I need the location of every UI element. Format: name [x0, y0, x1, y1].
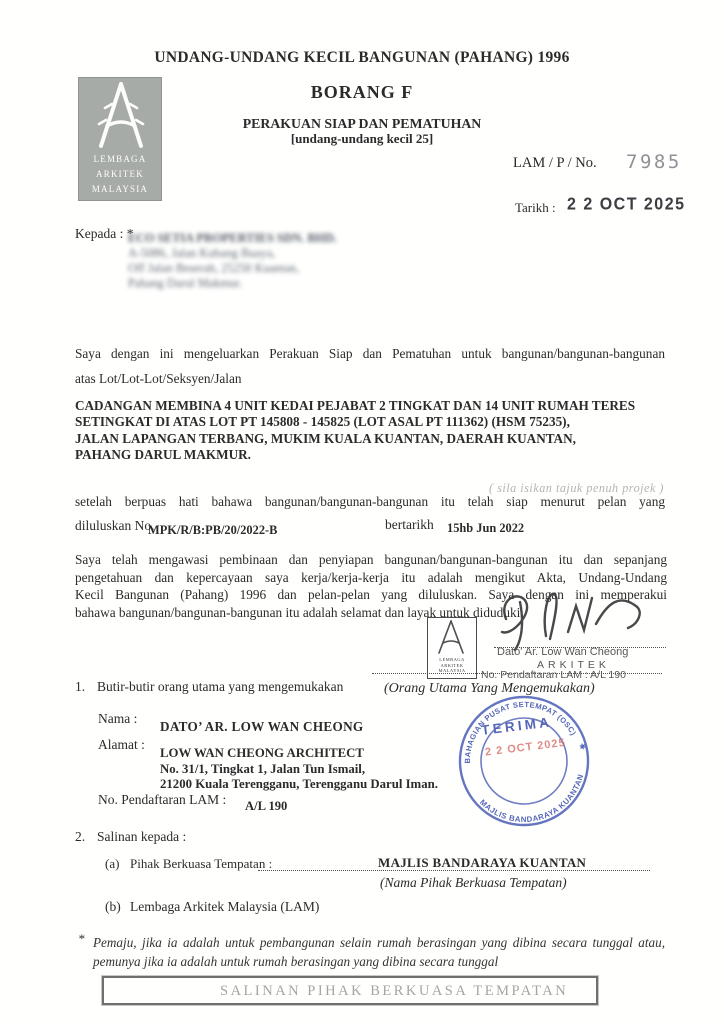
footnote-marker: * [78, 931, 85, 947]
approved-plan-label: diluluskan No. [75, 518, 155, 534]
local-authority-name: MAJLIS BANDARAYA KUANTAN [378, 855, 586, 871]
footnote-line2: pemunya jika ia adalah untuk rumah beras… [93, 954, 498, 970]
lam-logo: LEMBAGA ARKITEK MALAYSIA [78, 77, 162, 201]
nama-label: Nama : [98, 711, 137, 727]
project-title-line: PAHANG DARUL MAKMUR. [75, 447, 635, 463]
addressee-line: A-5086, Jalan Kubang Buaya, [128, 246, 337, 261]
alamat-line: LOW WAN CHEONG ARCHITECT [160, 746, 438, 762]
stamp-date-text: 2 2 OCT 2025 [484, 737, 566, 759]
stamp-arc-bottom-text: MAJLIS BANDARAYA KUANTAN [477, 771, 594, 836]
registration-label: No. Pendaftaran LAM : [98, 792, 226, 808]
lam-logo-a-icon [79, 78, 163, 152]
addressee-line: Pahang Darul Makmur. [128, 276, 337, 291]
document-title: UNDANG-UNDANG KECIL BANGUNAN (PAHANG) 19… [0, 49, 724, 67]
addressee-line: Off Jalan Beserah, 25250 Kuantan, [128, 261, 337, 276]
lam-number-label: LAM / P / No. [513, 155, 597, 172]
alamat-line: 21200 Kuala Terengganu, Terengganu Darul… [160, 777, 438, 793]
received-round-stamp: BAHAGIAN PUSAT SETEMPAT (OSC) MAJLIS BAN… [435, 672, 613, 850]
registration-value: A/L 190 [245, 799, 287, 814]
item-a-number: (a) [105, 856, 119, 872]
alamat-value-block: LOW WAN CHEONG ARCHITECT No. 31/1, Tingk… [160, 746, 438, 793]
lam-logo-line1: LEMBAGA [79, 154, 161, 164]
alamat-label: Alamat : [98, 737, 145, 753]
item-b-number: (b) [105, 899, 121, 915]
lam-number-value: 7985 [626, 151, 682, 173]
lam-logo-line2: ARKITEK [79, 169, 161, 179]
dated-label: bertarikh [385, 517, 434, 533]
paragraph2-line: setelah berpuas hati bahawa bangunan/ban… [75, 494, 665, 510]
approved-plan-date: 15hb Jun 2022 [447, 521, 524, 536]
item-a-label: Pihak Berkuasa Tempatan : [130, 856, 272, 872]
addressee-line: ECO SETIA PROPERTIES SDN. BHD. [128, 231, 337, 246]
section1-heading: Butir-butir orang utama yang mengemukaka… [97, 679, 343, 695]
architect-name-stamp: Dato' Ar. Low Wan Cheong [497, 646, 628, 658]
copy-designation-box: SALINAN PIHAK BERKUASA TEMPATAN [102, 976, 598, 1005]
alamat-line: No. 31/1, Tingkat 1, Jalan Tun Ismail, [160, 762, 438, 778]
nama-value: DATO’ AR. LOW WAN CHEONG [160, 719, 363, 735]
kepada-label: Kepada : * [75, 226, 133, 242]
footnote-line1: Pemaju, jika ia adalah untuk pembangunan… [93, 935, 665, 951]
item-b-label: Lembaga Arkitek Malaysia (LAM) [130, 899, 319, 915]
approved-plan-number: MPK/R/B:PB/20/2022-B [148, 523, 277, 538]
borang-f-document: UNDANG-UNDANG KECIL BANGUNAN (PAHANG) 19… [0, 0, 724, 1024]
paragraph1-line1: Saya dengan ini mengeluarkan Perakuan Si… [75, 346, 665, 362]
paragraph3-line1: Saya telah mengawasi pembinaan dan penyi… [75, 551, 667, 569]
item-a-caption: (Nama Pihak Berkuasa Tempatan) [380, 875, 567, 891]
paragraph1-line2: atas Lot/Lot-Lot/Seksyen/Jalan [75, 371, 665, 387]
date-stamp-value: 2 2 OCT 2025 [567, 195, 686, 214]
date-label: Tarikh : [515, 200, 556, 216]
section2-heading: Salinan kepada : [97, 829, 186, 845]
project-title-line: JALAN LAPANGAN TERBANG, MUKIM KUALA KUAN… [75, 431, 635, 447]
section1-number: 1. [75, 679, 85, 695]
lam-logo-line3: MALAYSIA [79, 184, 161, 194]
copy-designation-label: SALINAN PIHAK BERKUASA TEMPATAN [220, 983, 568, 1000]
project-title-line: SETINGKAT DI ATAS LOT PT 145808 - 145825… [75, 414, 635, 430]
lam-mini-logo-a-icon [428, 618, 475, 656]
project-title-line: CADANGAN MEMBINA 4 UNIT KEDAI PEJABAT 2 … [75, 398, 635, 414]
section2-number: 2. [75, 829, 85, 845]
addressee-block-redacted: ECO SETIA PROPERTIES SDN. BHD. A-5086, J… [128, 231, 337, 291]
project-title-block: CADANGAN MEMBINA 4 UNIT KEDAI PEJABAT 2 … [75, 398, 635, 464]
